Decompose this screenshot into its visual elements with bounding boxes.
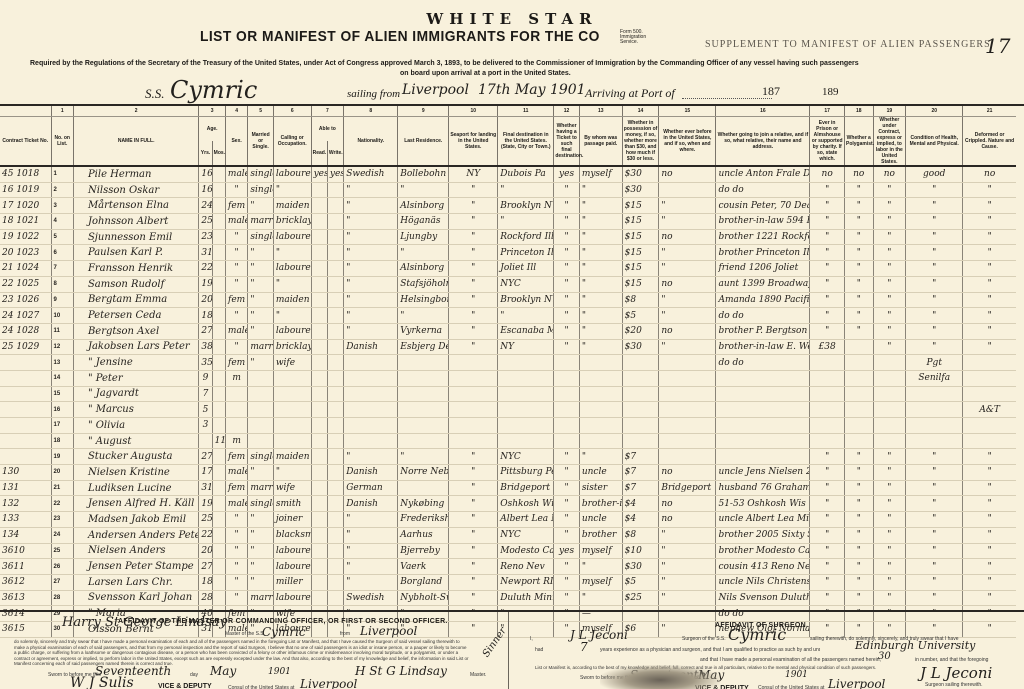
final-destination: NY <box>498 339 554 355</box>
col-num: 12 <box>554 106 580 117</box>
prison-almshouse: " <box>810 574 845 590</box>
sex: male <box>225 465 247 481</box>
age-months <box>212 465 225 481</box>
can-read <box>311 198 327 214</box>
age-months <box>212 402 225 418</box>
age-years: 18 <box>199 308 212 324</box>
occupation: maiden <box>273 198 311 214</box>
has-ticket <box>554 433 580 449</box>
last-residence: Bjerreby <box>398 543 449 559</box>
deformed-crippled: " <box>963 198 1016 214</box>
seaport: " <box>449 261 498 277</box>
passage-paid-by: " <box>579 261 622 277</box>
passage-paid-by <box>579 370 622 386</box>
vice-deputy-stamp: VICE & DEPUTY <box>158 683 212 689</box>
health-condition: " <box>906 465 963 481</box>
years-text: years experience as a physician and surg… <box>600 647 820 653</box>
can-read <box>311 323 327 339</box>
under-contract: " <box>873 308 906 324</box>
can-write <box>327 496 343 512</box>
joining-relative: do do <box>716 308 810 324</box>
sex: fem <box>225 449 247 465</box>
money: $15 <box>622 214 659 230</box>
money <box>622 355 659 371</box>
table-row: 13323Madsen Jakob Emil25""joiner"Frederi… <box>0 512 1016 528</box>
deformed-crippled: " <box>963 574 1016 590</box>
before-in-us <box>659 386 716 402</box>
age-years: 19 <box>199 496 212 512</box>
passage-paid-by: brother-in-law <box>579 496 622 512</box>
health-condition <box>906 433 963 449</box>
passage-paid-by: " <box>579 339 622 355</box>
occupation: " <box>273 308 311 324</box>
deformed-crippled: " <box>963 323 1016 339</box>
table-row: 13222Jensen Alfred H. Käll19malesinglesm… <box>0 496 1016 512</box>
nationality: " <box>344 292 398 308</box>
occupation <box>273 402 311 418</box>
last-residence: Vyrkerna <box>398 323 449 339</box>
before-in-us: " <box>659 308 716 324</box>
can-read <box>311 449 327 465</box>
marital-status: " <box>248 512 274 528</box>
list-number: 7 <box>51 261 73 277</box>
table-row: 361126Jensen Peter Stampe27""labourer"Va… <box>0 559 1016 575</box>
list-number: 5 <box>51 229 73 245</box>
passage-paid-by: " <box>579 590 622 606</box>
table-row: 17 10203Mårtenson Elna24fem"maiden"Alsin… <box>0 198 1016 214</box>
table-row: 361328Svensson Karl Johan28"marriedlabou… <box>0 590 1016 606</box>
years-experience: 7 <box>580 640 588 654</box>
passenger-name: Nilsson Oskar <box>73 182 198 198</box>
deformed-crippled: " <box>963 229 1016 245</box>
health-condition: Senilfa <box>906 370 963 386</box>
list-number: 16 <box>51 402 73 418</box>
before-in-us: no <box>659 465 716 481</box>
deformed-crippled: no <box>963 166 1016 182</box>
under-contract: " <box>873 527 906 543</box>
occupation: maiden <box>273 449 311 465</box>
can-write <box>327 182 343 198</box>
list-number: 12 <box>51 339 73 355</box>
final-destination <box>498 402 554 418</box>
can-read <box>311 308 327 324</box>
marital-status: " <box>248 308 274 324</box>
marital-status: " <box>248 292 274 308</box>
joining-relative: husband 76 Graham Av <box>716 480 810 496</box>
can-read <box>311 229 327 245</box>
money: $30 <box>622 339 659 355</box>
joining-relative: brother-in-law E. Weill & 75 <box>716 339 810 355</box>
under-contract: " <box>873 292 906 308</box>
can-write <box>327 559 343 575</box>
age-years: 38 <box>199 339 212 355</box>
prison-almshouse: " <box>810 559 845 575</box>
before-in-us: " <box>659 245 716 261</box>
final-destination: Dubois Pa <box>498 166 554 182</box>
can-read <box>311 465 327 481</box>
occupation: labourer <box>273 559 311 575</box>
before-in-us: " <box>659 292 716 308</box>
header-occupation: Calling or Occupation. <box>273 117 311 167</box>
has-ticket <box>554 418 580 434</box>
final-destination <box>498 433 554 449</box>
sex: male <box>225 496 247 512</box>
under-contract <box>873 418 906 434</box>
final-destination: " <box>498 182 554 198</box>
table-row: 361025Nielsen Anders20""labourer"Bjerreb… <box>0 543 1016 559</box>
health-condition: " <box>906 339 963 355</box>
prison-almshouse: " <box>810 261 845 277</box>
before-in-us: no <box>659 512 716 528</box>
joining-relative: do do <box>716 355 810 371</box>
col-num: 3 <box>199 106 226 117</box>
master-ship: Cymric <box>262 625 306 639</box>
line-brand: WHITE STAR <box>0 10 1024 28</box>
ticket-number: 45 1018 <box>0 166 51 182</box>
health-condition: " <box>906 527 963 543</box>
age-months <box>212 261 225 277</box>
age-years: 3 <box>199 418 212 434</box>
marital-status: married <box>248 480 274 496</box>
i-label: I, <box>530 636 533 642</box>
joining-relative: cousin 413 Reno Nev <box>716 559 810 575</box>
sex: " <box>225 229 247 245</box>
has-ticket: " <box>554 465 580 481</box>
health-condition: good <box>906 166 963 182</box>
arriving-port <box>682 86 772 99</box>
sex: male <box>225 166 247 182</box>
authority: Edinburgh University <box>855 639 975 652</box>
under-contract: " <box>873 323 906 339</box>
can-write <box>327 355 343 371</box>
health-condition: Pgt <box>906 355 963 371</box>
sex: " <box>225 559 247 575</box>
occupation: labourer <box>273 261 311 277</box>
sailing-port: Liverpool <box>402 82 469 98</box>
ticket-number: 3612 <box>0 574 51 590</box>
regulations-text: Required by the Regulations of the Secre… <box>30 60 1020 67</box>
occupation: maiden <box>273 292 311 308</box>
joining-relative: do do <box>716 182 810 198</box>
sex <box>225 418 247 434</box>
nationality: " <box>344 308 398 324</box>
table-row: 13424Andersen Anders Peter22""blacksmith… <box>0 527 1016 543</box>
age-years: 31 <box>199 245 212 261</box>
nationality: Swedish <box>344 590 398 606</box>
money <box>622 418 659 434</box>
table-row: 17" Olivia3 <box>0 418 1016 434</box>
col-num: 15 <box>659 106 716 117</box>
polygamist: " <box>844 527 873 543</box>
consul-label: Consul of the United States at <box>228 685 294 689</box>
money: $10 <box>622 543 659 559</box>
marital-status: single <box>248 182 274 198</box>
before-in-us: " <box>659 198 716 214</box>
seaport: " <box>449 574 498 590</box>
passage-paid-by: " <box>579 245 622 261</box>
under-contract: " <box>873 339 906 355</box>
table-row: 16 10192Nilsson Oskar16"single"""""""$30… <box>0 182 1016 198</box>
ticket-number: 20 1023 <box>0 245 51 261</box>
prison-almshouse: " <box>810 527 845 543</box>
nationality: German <box>344 480 398 496</box>
from-label: from <box>340 631 350 637</box>
joining-relative: brother Princeton Ill <box>716 245 810 261</box>
deformed-crippled: A&T <box>963 402 1016 418</box>
money: $7 <box>622 480 659 496</box>
money: $20 <box>622 323 659 339</box>
ticket-number: 21 1024 <box>0 261 51 277</box>
final-destination: Joliet Ill <box>498 261 554 277</box>
prison-almshouse: " <box>810 198 845 214</box>
can-read: yes <box>311 166 327 182</box>
age-months <box>212 559 225 575</box>
ticket-number: 22 1025 <box>0 276 51 292</box>
age-months <box>212 323 225 339</box>
seaport: " <box>449 543 498 559</box>
age-years: 16 <box>199 182 212 198</box>
health-condition: " <box>906 512 963 528</box>
age-years: 19 <box>199 276 212 292</box>
passage-paid-by: " <box>579 308 622 324</box>
marital-status: " <box>248 574 274 590</box>
passage-paid-by: " <box>579 323 622 339</box>
ticket-number <box>0 402 51 418</box>
last-residence: Alsinborg <box>398 198 449 214</box>
ticket-number: 134 <box>0 527 51 543</box>
has-ticket: " <box>554 261 580 277</box>
header-seaport: Seaport for landing in the United States… <box>449 117 498 167</box>
age-months <box>212 276 225 292</box>
final-destination: " <box>498 214 554 230</box>
age-years: 5 <box>199 402 212 418</box>
passenger-name: " Jensine <box>73 355 198 371</box>
header-passage-paid: By whom was passage paid. <box>579 117 622 167</box>
occupation: joiner <box>273 512 311 528</box>
supplement-heading: SUPPLEMENT TO MANIFEST OF ALIEN PASSENGE… <box>705 39 991 50</box>
health-condition: " <box>906 276 963 292</box>
age-months <box>212 339 225 355</box>
header-destination: Final destination in the United States. … <box>498 117 554 167</box>
can-write <box>327 245 343 261</box>
last-residence: Borgland <box>398 574 449 590</box>
polygamist: " <box>844 245 873 261</box>
list-number: 17 <box>51 418 73 434</box>
under-contract: " <box>873 245 906 261</box>
marital-status: " <box>248 261 274 277</box>
last-residence: Helsingborg <box>398 292 449 308</box>
age-months <box>212 355 225 371</box>
seaport <box>449 355 498 371</box>
table-row: 23 10269Bergtam Emma20fem"maiden"Helsing… <box>0 292 1016 308</box>
prison-almshouse <box>810 386 845 402</box>
nationality: Danish <box>344 496 398 512</box>
money: $7 <box>622 449 659 465</box>
age-months <box>212 166 225 182</box>
table-row: 45 10181Pile Herman16malesinglelabourery… <box>0 166 1016 182</box>
passenger-name: Mårtenson Elna <box>73 198 198 214</box>
seaport: " <box>449 496 498 512</box>
under-contract: " <box>873 480 906 496</box>
last-residence: Alsinborg <box>398 261 449 277</box>
sex: m <box>225 370 247 386</box>
has-ticket: " <box>554 214 580 230</box>
joining-relative: aunt 1399 Broadway <box>716 276 810 292</box>
table-row: 20 10236Paulsen Karl P.31""""""Princeton… <box>0 245 1016 261</box>
prison-almshouse: " <box>810 465 845 481</box>
before-in-us <box>659 370 716 386</box>
sex: " <box>225 339 247 355</box>
age-years: 27 <box>199 323 212 339</box>
age-years: 17 <box>199 465 212 481</box>
before-in-us <box>659 182 716 198</box>
deformed-crippled: " <box>963 261 1016 277</box>
has-ticket: " <box>554 590 580 606</box>
final-destination: NYC <box>498 276 554 292</box>
header-deformed: Deformed or Crippled. Nature and Cause. <box>963 117 1016 167</box>
joining-relative <box>716 449 810 465</box>
list-number: 8 <box>51 276 73 292</box>
table-row: 13020Nielsen Kristine17male""DanishNorre… <box>0 465 1016 481</box>
last-residence: Höganäs <box>398 214 449 230</box>
seaport: " <box>449 245 498 261</box>
seaport: " <box>449 480 498 496</box>
joining-relative: uncle Albert Lea Minn <box>716 512 810 528</box>
passenger-name: Nielsen Anders <box>73 543 198 559</box>
can-read <box>311 559 327 575</box>
age-months <box>212 198 225 214</box>
master-suffix: Master. <box>470 672 486 678</box>
nationality: " <box>344 559 398 575</box>
final-destination: Escanaba Mich <box>498 323 554 339</box>
last-residence: " <box>398 308 449 324</box>
occupation: " <box>273 465 311 481</box>
prison-almshouse: " <box>810 276 845 292</box>
seaport: " <box>449 229 498 245</box>
deformed-crippled: " <box>963 465 1016 481</box>
can-write <box>327 433 343 449</box>
passenger-name: Stucker Augusta <box>73 449 198 465</box>
passage-paid-by <box>579 418 622 434</box>
ss-label: S.S. <box>145 86 165 102</box>
exam-text: and that I have made a personal examinat… <box>700 657 881 663</box>
form-number: Form 500. Immigration Service. <box>620 30 660 45</box>
deformed-crippled: " <box>963 308 1016 324</box>
age-years: 24 <box>199 198 212 214</box>
health-condition: " <box>906 261 963 277</box>
final-destination <box>498 355 554 371</box>
last-residence: " <box>398 182 449 198</box>
header-before-us: Whether ever before in the United States… <box>659 117 716 167</box>
polygamist <box>844 402 873 418</box>
final-destination: Oshkosh Wis <box>498 496 554 512</box>
deformed-crippled <box>963 386 1016 402</box>
header-list-no: No. on List. <box>51 117 73 167</box>
deformed-crippled: " <box>963 276 1016 292</box>
header-age: Age. <box>199 117 226 141</box>
occupation: bricklayer <box>273 339 311 355</box>
passage-paid-by: " <box>579 229 622 245</box>
age-years: 7 <box>199 386 212 402</box>
polygamist: " <box>844 308 873 324</box>
col-num <box>0 106 51 117</box>
passage-paid-by: sister <box>579 480 622 496</box>
joining-relative <box>716 370 810 386</box>
under-contract: " <box>873 559 906 575</box>
can-read <box>311 292 327 308</box>
money: $30 <box>622 166 659 182</box>
header-money: Whether in possession of money, if so, w… <box>622 117 659 167</box>
passenger-rows: 45 10181Pile Herman16malesinglelabourery… <box>0 166 1016 637</box>
col-num: 19 <box>873 106 906 117</box>
ticket-number: 130 <box>0 465 51 481</box>
ticket-number: 133 <box>0 512 51 528</box>
joining-relative: brother-in-law 594 Brooklyn <box>716 214 810 230</box>
table-row: 25 102912Jakobsen Lars Peter38"marriedbr… <box>0 339 1016 355</box>
age-months <box>212 292 225 308</box>
occupation: labourer <box>273 166 311 182</box>
polygamist: " <box>844 574 873 590</box>
before-in-us: no <box>659 323 716 339</box>
nationality <box>344 402 398 418</box>
under-contract: " <box>873 496 906 512</box>
age-years: 27 <box>199 449 212 465</box>
sworn-year: 1901 <box>785 670 808 680</box>
sailing-from-label: sailing from <box>347 88 400 100</box>
table-row: 16" Marcus5A&T <box>0 402 1016 418</box>
can-write <box>327 276 343 292</box>
under-contract <box>873 402 906 418</box>
has-ticket: " <box>554 245 580 261</box>
money: $15 <box>622 276 659 292</box>
consul-port: Liverpool <box>828 677 885 689</box>
marital-status: married <box>248 590 274 606</box>
nationality <box>344 386 398 402</box>
money <box>622 370 659 386</box>
passenger-name: " Peter <box>73 370 198 386</box>
age-months: 11 <box>212 433 225 449</box>
surgeon-suffix: Surgeon sailing therewith. <box>925 682 983 688</box>
last-residence: Nybholt-Sweden <box>398 590 449 606</box>
joining-relative: 51-53 Oshkosh Wis <box>716 496 810 512</box>
table-row: 19 10225Sjunnesson Emil23"singlelabourer… <box>0 229 1016 245</box>
age-months <box>212 308 225 324</box>
master-label: Master of the S.S. <box>225 631 265 637</box>
sex: " <box>225 261 247 277</box>
passenger-name: Sjunnesson Emil <box>73 229 198 245</box>
health-condition <box>906 418 963 434</box>
final-destination: Duluth Minn <box>498 590 554 606</box>
can-write <box>327 449 343 465</box>
can-read <box>311 418 327 434</box>
health-condition: " <box>906 214 963 230</box>
nationality: " <box>344 512 398 528</box>
ticket-number: 19 1022 <box>0 229 51 245</box>
occupation: wife <box>273 480 311 496</box>
has-ticket: " <box>554 496 580 512</box>
age-years: 18 <box>199 574 212 590</box>
deformed-crippled <box>963 355 1016 371</box>
ticket-number: 3611 <box>0 559 51 575</box>
occupation <box>273 433 311 449</box>
seaport <box>449 418 498 434</box>
age-months <box>212 512 225 528</box>
has-ticket: " <box>554 527 580 543</box>
age-months <box>212 182 225 198</box>
polygamist <box>844 433 873 449</box>
health-condition: " <box>906 198 963 214</box>
age-years: 28 <box>199 590 212 606</box>
